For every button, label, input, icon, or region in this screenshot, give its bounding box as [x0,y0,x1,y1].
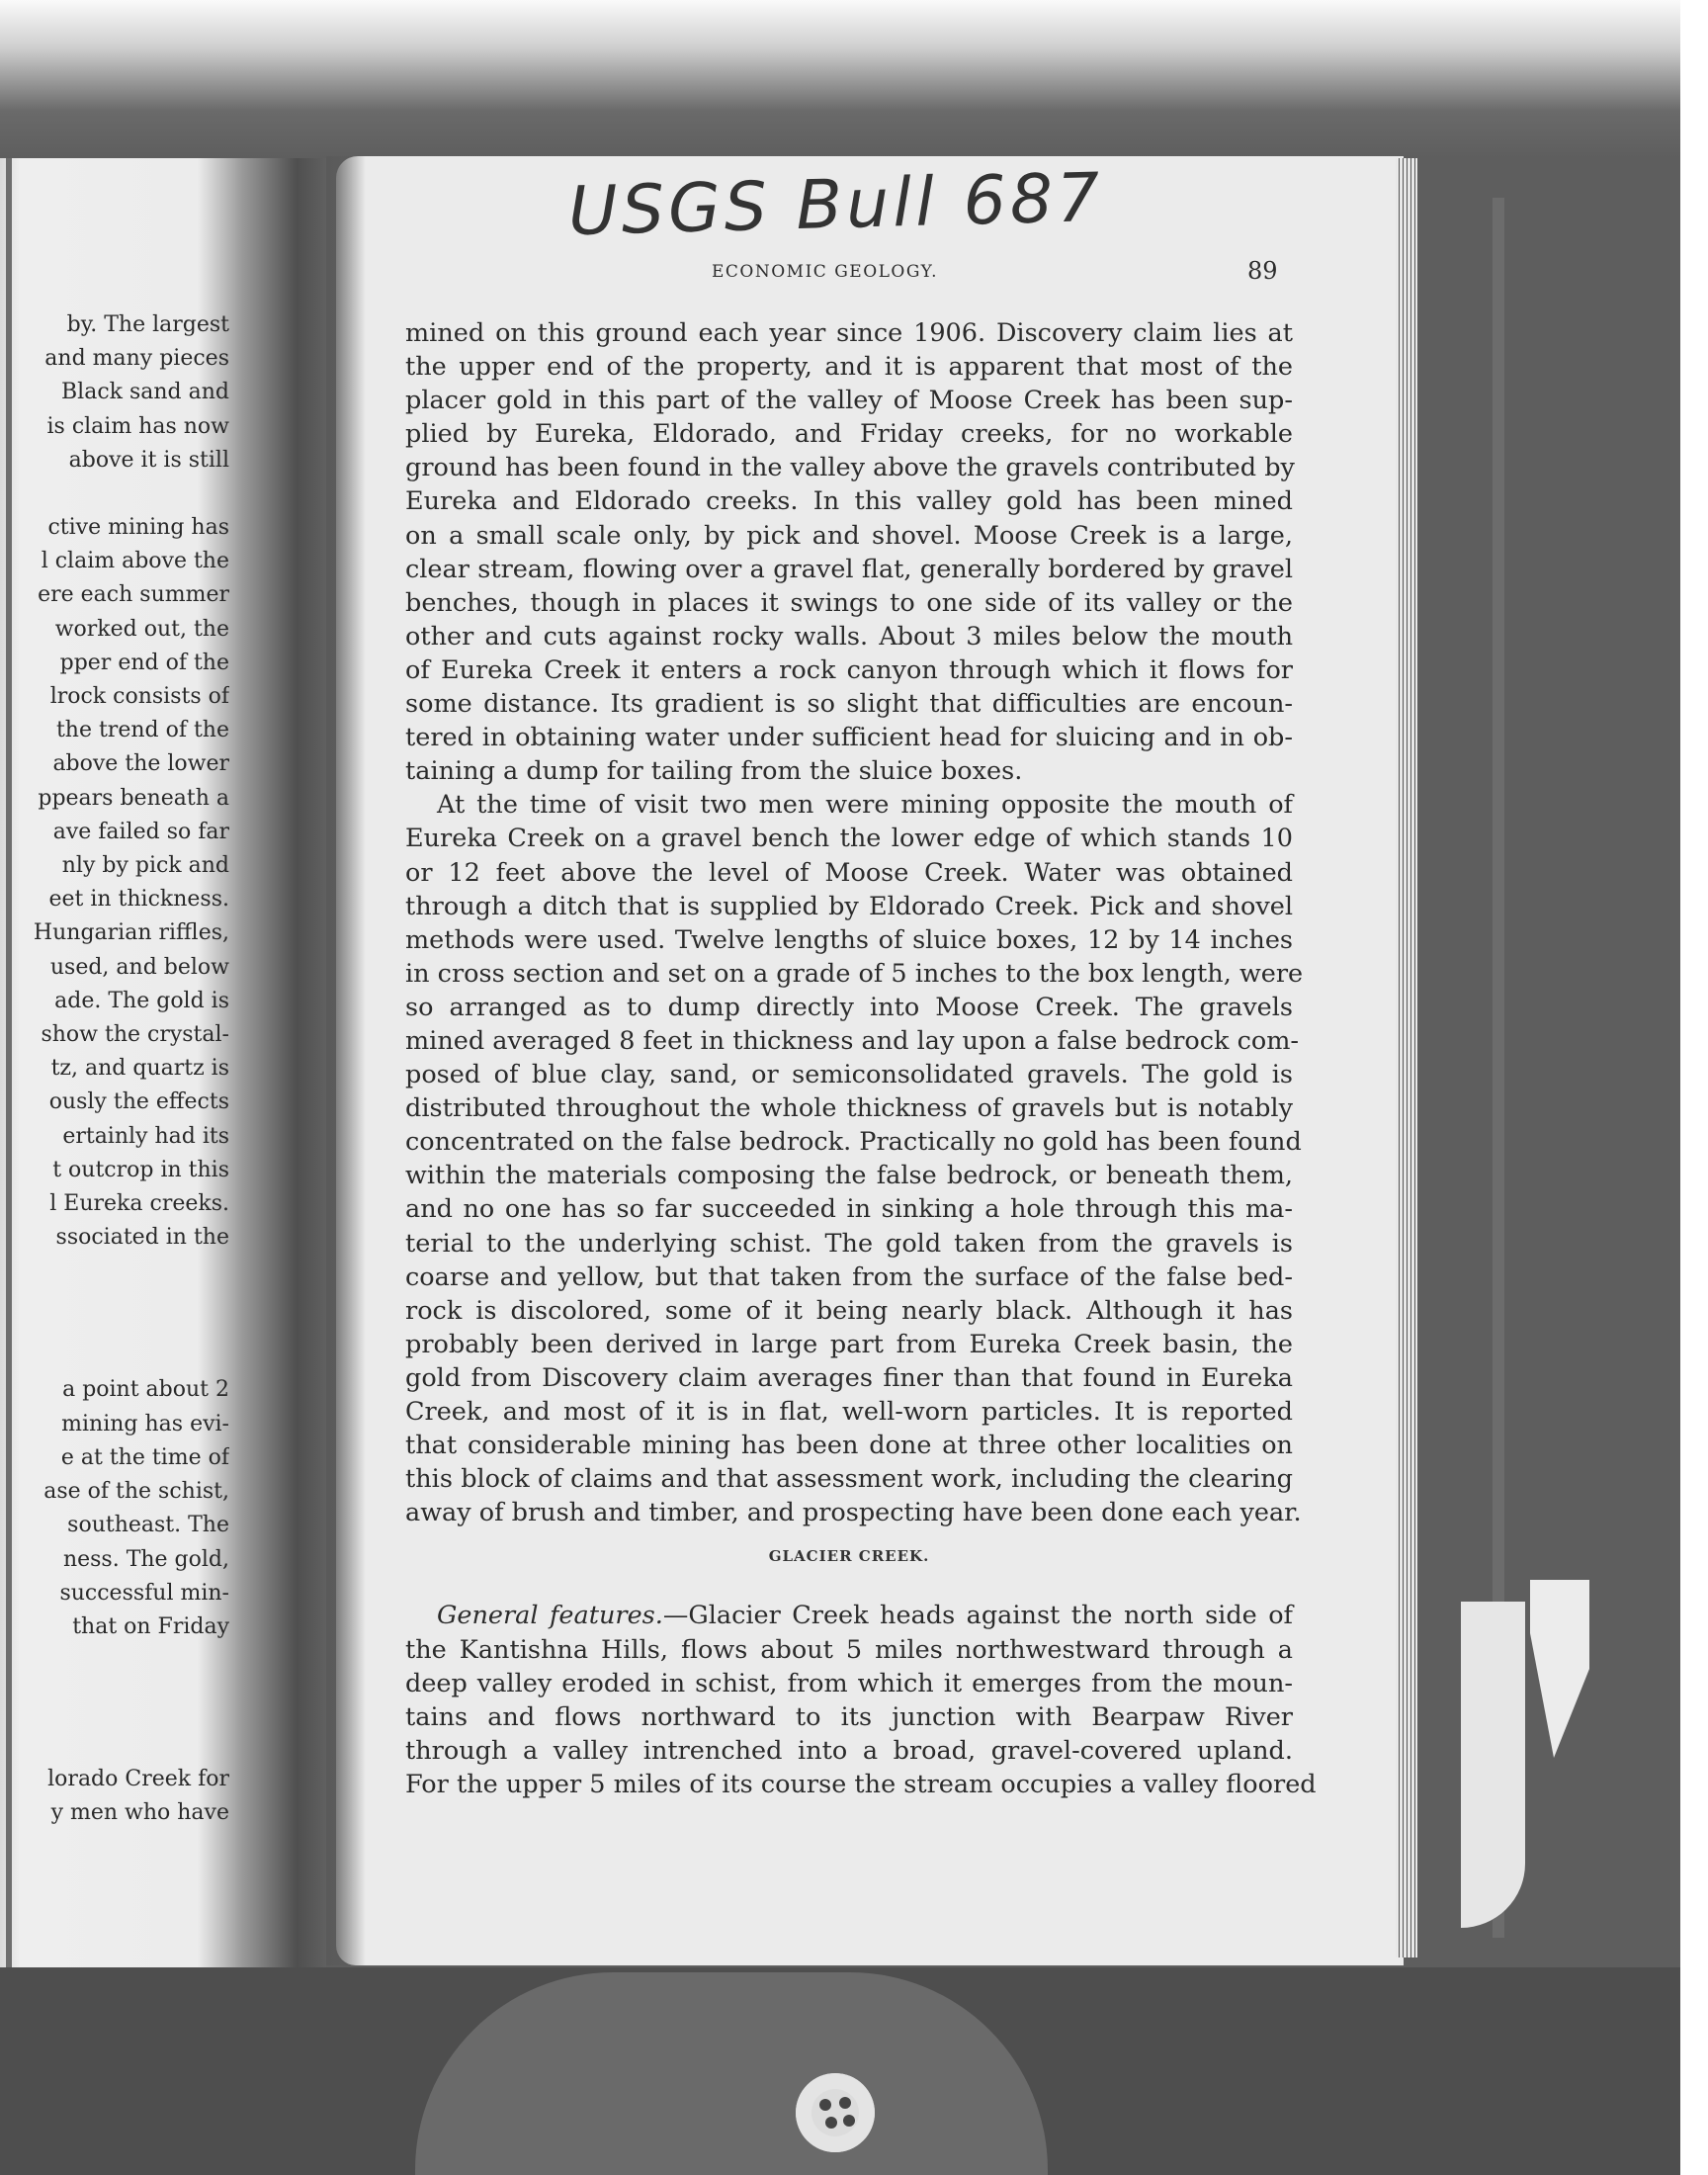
left-line: ertainly had its [14,1120,229,1154]
text-line: coarse and yellow, but that taken from t… [405,1261,1293,1294]
text-line: For the upper 5 miles of its course the … [405,1768,1293,1801]
text-line: through a valley intrenched into a broad… [405,1734,1293,1768]
left-line: show the crystal- [14,1018,229,1052]
text-line: placer gold in this part of the valley o… [405,384,1293,417]
section-heading: GLACIER CREEK. [405,1539,1293,1573]
text-line: in cross section and set on a grade of 5… [405,957,1293,991]
text-line: rock is discolored, some of it being nea… [405,1294,1293,1328]
left-line: southeast. The [14,1509,229,1542]
text-line: terial to the underlying schist. The gol… [405,1227,1293,1261]
button-icon [796,2073,875,2152]
text-line: gold from Discovery claim averages finer… [405,1361,1293,1395]
text-line: this block of claims and that assessment… [405,1462,1293,1496]
text-line: away of brush and timber, and prospectin… [405,1496,1293,1529]
left-line: and many pieces [14,342,229,376]
left-line: lrock consists of [14,680,229,714]
run-in-heading: General features. [437,1601,663,1630]
left-line: that on Friday [14,1610,229,1644]
text-line: taining a dump for tailing from the slui… [405,754,1293,788]
text-line: clear stream, flowing over a gravel flat… [405,553,1293,586]
left-line: ase of the schist, [14,1475,229,1509]
left-line: by. The largest [14,308,229,342]
text-line: ground has been found in the valley abov… [405,451,1293,484]
text-line: some distance. Its gradient is so slight… [405,687,1293,721]
left-line: ade. The gold is [14,985,229,1018]
text-line: tains and flows northward to its junctio… [405,1700,1293,1734]
text-line: that considerable mining has been done a… [405,1429,1293,1462]
scan-top-margin [0,0,1680,158]
left-page-text: by. The largest and many pieces Black sa… [14,308,229,1831]
left-line: ssociated in the [14,1221,229,1255]
left-line: lorado Creek for [14,1763,229,1796]
left-line: a point about 2 [14,1373,229,1407]
left-page-edge [6,158,12,1967]
left-line: ctive mining has [14,511,229,545]
left-line: y men who have [14,1796,229,1830]
handwritten-annotation: USGS Bull 687 [567,159,1104,251]
left-line: ously the effects [14,1086,229,1119]
page-body: mined on this ground each year since 190… [405,316,1293,1801]
text-line: Creek, and most of it is in flat, well-w… [405,1395,1293,1429]
text-line: through a ditch that is supplied by Eldo… [405,890,1293,923]
paragraph-moose-creek: mined on this ground each year since 190… [405,316,1293,788]
left-line: ness. The gold, [14,1543,229,1577]
left-line: t outcrop in this [14,1154,229,1187]
scan-right-margin [1680,0,1708,2175]
left-line: Black sand and [14,376,229,409]
text-line: of Eureka Creek it enters a rock canyon … [405,653,1293,687]
left-line: the trend of the [14,714,229,747]
text-line: deep valley eroded in schist, from which… [405,1667,1293,1700]
text-line: Eureka Creek on a gravel bench the lower… [405,822,1293,855]
text-line: other and cuts against rocky walls. Abou… [405,620,1293,653]
left-line: used, and below [14,951,229,985]
running-head: ECONOMIC GEOLOGY. [712,262,938,282]
text-line: probably been derived in large part from… [405,1328,1293,1361]
left-line: ave failed so far [14,816,229,849]
left-line: successful min- [14,1577,229,1610]
text-line: methods were used. Twelve lengths of slu… [405,923,1293,957]
left-line: above the lower [14,747,229,781]
text-line: or 12 feet above the level of Moose Cree… [405,856,1293,890]
left-line: is claim has now [14,410,229,444]
left-line: ere each summer [14,578,229,612]
paragraph-time-of-visit: At the time of visit two men were mining… [405,788,1293,1529]
text-line: concentrated on the false bedrock. Pract… [405,1125,1293,1159]
left-line: pper end of the [14,647,229,680]
torn-paper-scrap [1461,1602,1525,1928]
left-line: above it is still [14,444,229,478]
page-edges [1396,158,1417,1957]
text-line: plied by Eureka, Eldorado, and Friday cr… [405,417,1293,451]
paragraph-glacier-creek: General features.—Glacier Creek heads ag… [405,1599,1293,1801]
left-line: e at the time of [14,1441,229,1475]
text-line: within the materials composing the false… [405,1159,1293,1192]
left-line: tz, and quartz is [14,1052,229,1086]
text-line: so arranged as to dump directly into Moo… [405,991,1293,1024]
text-line: Eureka and Eldorado creeks. In this vall… [405,484,1293,518]
left-line: l claim above the [14,545,229,578]
cover-flap [415,1972,1048,2175]
text-line: posed of blue clay, sand, or semiconsoli… [405,1058,1293,1091]
left-line: worked out, the [14,613,229,647]
left-line: eet in thickness. [14,883,229,916]
text-fragment: —Glacier Creek heads against the north s… [663,1601,1293,1630]
left-line: mining has evi- [14,1408,229,1441]
text-line: the upper end of the property, and it is… [405,350,1293,384]
text-line: tered in obtaining water under sufficien… [405,721,1293,754]
left-line: ppears beneath a [14,782,229,816]
left-line: nly by pick and [14,849,229,883]
text-line: At the time of visit two men were mining… [405,788,1293,822]
left-line: Hungarian riffles, [14,916,229,950]
left-line: l Eureka creeks. [14,1187,229,1221]
page-number: 89 [1247,257,1278,285]
text-line: distributed throughout the whole thickne… [405,1091,1293,1125]
text-line: General features.—Glacier Creek heads ag… [405,1599,1293,1632]
gutter-shadow [326,156,366,1965]
text-line: on a small scale only, by pick and shove… [405,519,1293,553]
text-line: mined on this ground each year since 190… [405,316,1293,350]
text-line: and no one has so far succeeded in sinki… [405,1192,1293,1226]
text-line: benches, though in places it swings to o… [405,586,1293,620]
text-line: the Kantishna Hills, flows about 5 miles… [405,1633,1293,1667]
text-line: mined averaged 8 feet in thickness and l… [405,1024,1293,1058]
